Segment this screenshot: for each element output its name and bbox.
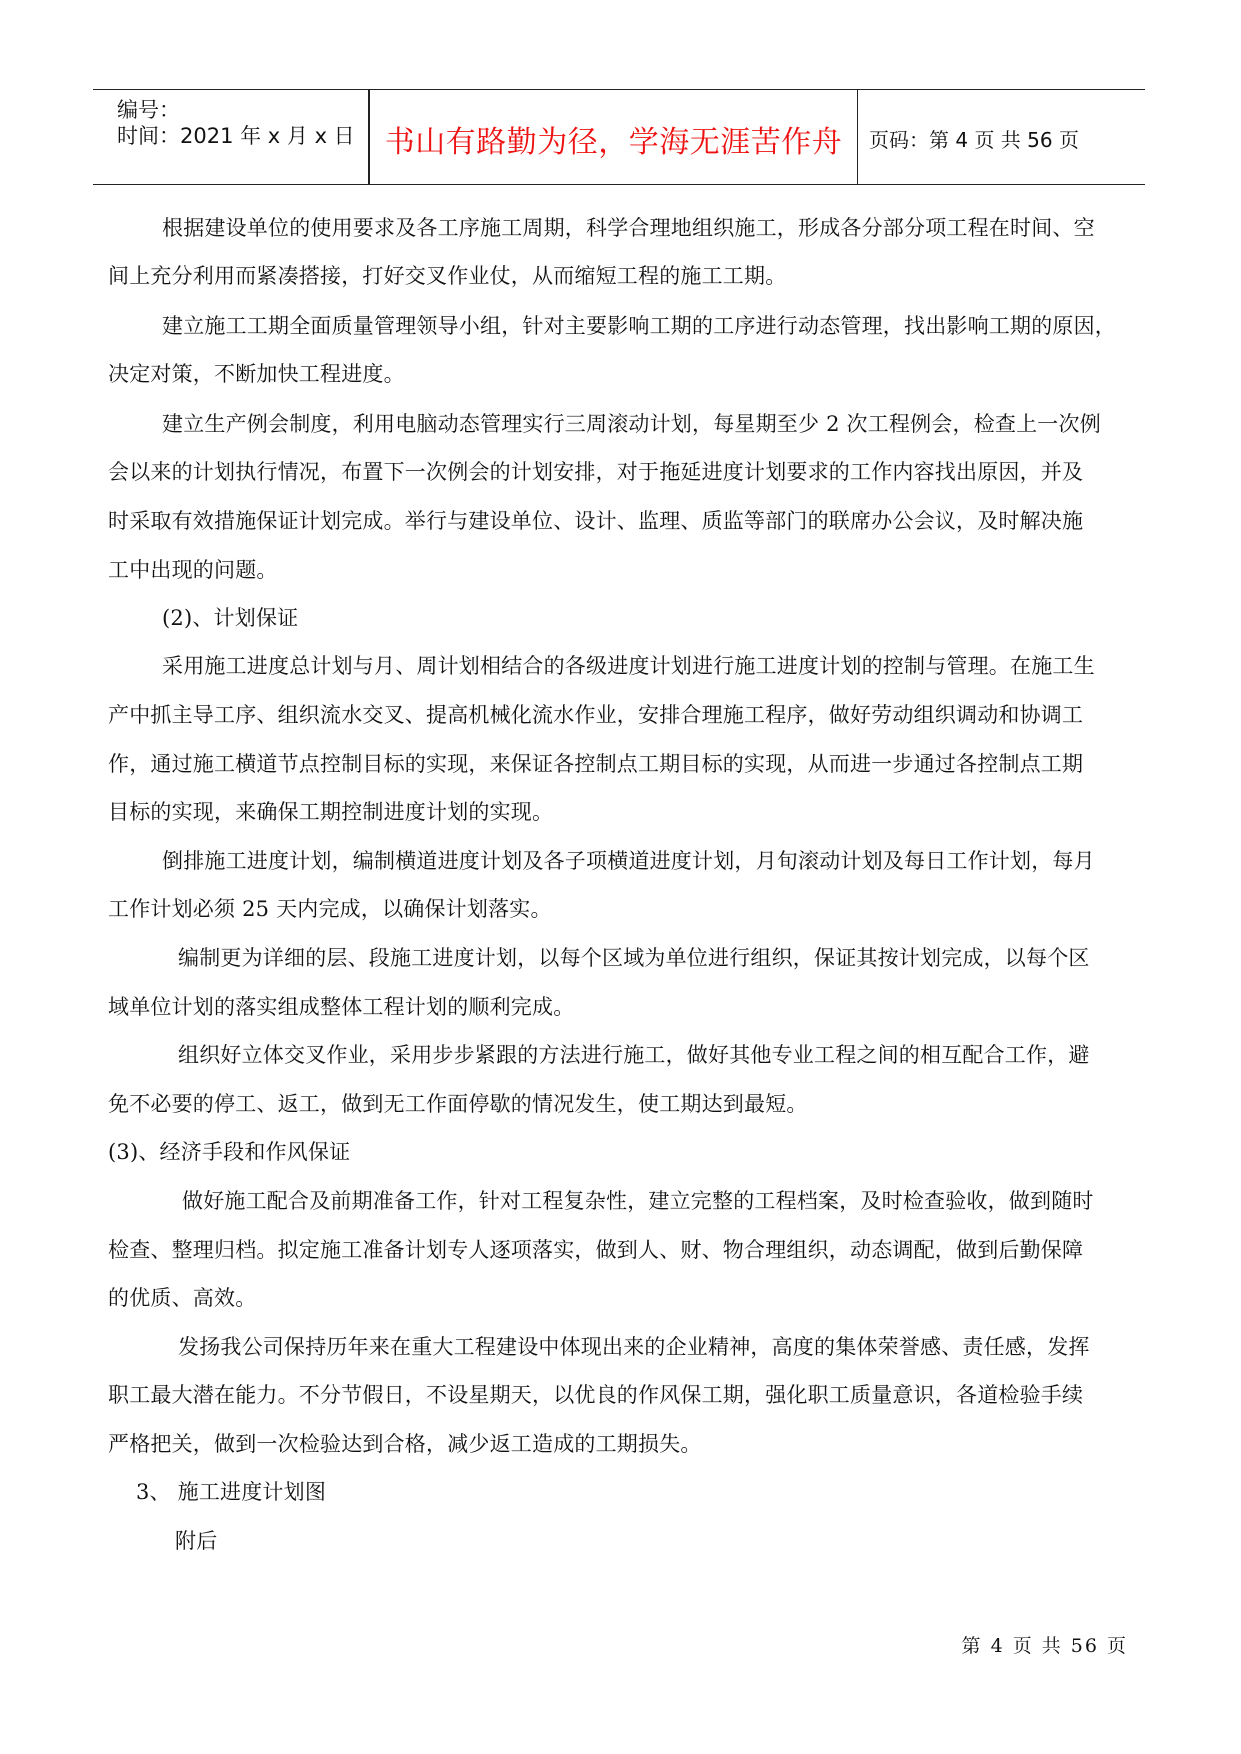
body-text-line: 建立施工工期全面质量管理领导小组，针对主要影响工期的工序进行动态管理，找出影响工… bbox=[162, 310, 1116, 340]
body-text-line: 检查、整理归档。拟定施工准备计划专人逐项落实，做到人、财、物合理组织，动态调配，… bbox=[108, 1234, 1083, 1264]
document-date-label: 时间：2021 年 x 月 x 日 bbox=[117, 120, 355, 150]
body-text-line: (2)、计划保证 bbox=[162, 602, 298, 632]
body-text-line: 决定对策，不断加快工程进度。 bbox=[108, 358, 405, 388]
header-page-code: 页码：第 4 页 共 56 页 bbox=[869, 124, 1079, 153]
body-text-line: 间上充分利用而紧凑搭接，打好交叉作业仗，从而缩短工程的施工工期。 bbox=[108, 260, 786, 290]
body-text-line: 倒排施工进度计划，编制横道进度计划及各子项横道进度计划，月旬滚动计划及每日工作计… bbox=[162, 845, 1095, 875]
body-text-line: 的优质、高效。 bbox=[108, 1282, 256, 1312]
body-text-line: 职工最大潜在能力。不分节假日，不设星期天，以优良的作风保工期，强化职工质量意识，… bbox=[108, 1379, 1083, 1409]
body-text-line: 产中抓主导工序、组织流水交叉、提高机械化流水作业，安排合理施工程序，做好劳动组织… bbox=[108, 699, 1083, 729]
body-text-line: 作，通过施工横道节点控制目标的实现，来保证各控制点工期目标的实现，从而进一步通过… bbox=[108, 748, 1083, 778]
body-text-line: 根据建设单位的使用要求及各工序施工周期，科学合理地组织施工，形成各分部分项工程在… bbox=[162, 212, 1095, 242]
body-text-line: 编制更为详细的层、段施工进度计划，以每个区域为单位进行组织，保证其按计划完成，以… bbox=[178, 942, 1090, 972]
body-text-line: 采用施工进度总计划与月、周计划相结合的各级进度计划进行施工进度计划的控制与管理。… bbox=[162, 650, 1095, 680]
body-text-line: 严格把关，做到一次检验达到合格，减少返工造成的工期损失。 bbox=[108, 1428, 702, 1458]
page-header: 编号： 时间：2021 年 x 月 x 日 书山有路勤为径，学海无涯苦作舟 页码… bbox=[93, 89, 1145, 185]
body-text-line: 发扬我公司保持历年来在重大工程建设中体现出来的企业精神，高度的集体荣誉感、责任感… bbox=[178, 1331, 1090, 1361]
body-text-line: (3)、经济手段和作风保证 bbox=[108, 1136, 350, 1166]
body-text-line: 工作计划必须 25 天内完成，以确保计划落实。 bbox=[108, 893, 552, 923]
body-text-line: 时采取有效措施保证计划完成。举行与建设单位、设计、监理、质监等部门的联席办公会议… bbox=[108, 505, 1083, 535]
body-text-line: 组织好立体交叉作业，采用步步紧跟的方法进行施工，做好其他专业工程之间的相互配合工… bbox=[178, 1039, 1090, 1069]
body-text-line: 免不必要的停工、返工，做到无工作面停歇的情况发生，使工期达到最短。 bbox=[108, 1088, 808, 1118]
header-page-cell: 页码：第 4 页 共 56 页 bbox=[857, 90, 1145, 184]
body-text-line: 建立生产例会制度，利用电脑动态管理实行三周滚动计划，每星期至少 2 次工程例会，… bbox=[162, 408, 1101, 438]
header-motto: 书山有路勤为径，学海无涯苦作舟 bbox=[370, 117, 857, 161]
body-text-line: 做好施工配合及前期准备工作，针对工程复杂性，建立完整的工程档案，及时检查验收，做… bbox=[182, 1185, 1094, 1215]
body-text-line: 域单位计划的落实组成整体工程计划的顺利完成。 bbox=[108, 991, 574, 1021]
header-meta-cell: 编号： 时间：2021 年 x 月 x 日 bbox=[93, 90, 368, 184]
body-text-line: 3、 施工进度计划图 bbox=[136, 1476, 326, 1506]
header-motto-cell: 书山有路勤为径，学海无涯苦作舟 bbox=[368, 90, 858, 184]
body-text-line: 会以来的计划执行情况，布置下一次例会的计划安排，对于拖延进度计划要求的工作内容找… bbox=[108, 456, 1083, 486]
body-text-line: 工中出现的问题。 bbox=[108, 554, 278, 584]
body-text-line: 目标的实现，来确保工期控制进度计划的实现。 bbox=[108, 796, 553, 826]
body-text-line: 附后 bbox=[175, 1525, 217, 1555]
page-footer-number: 第 4 页 共 56 页 bbox=[962, 1631, 1128, 1658]
